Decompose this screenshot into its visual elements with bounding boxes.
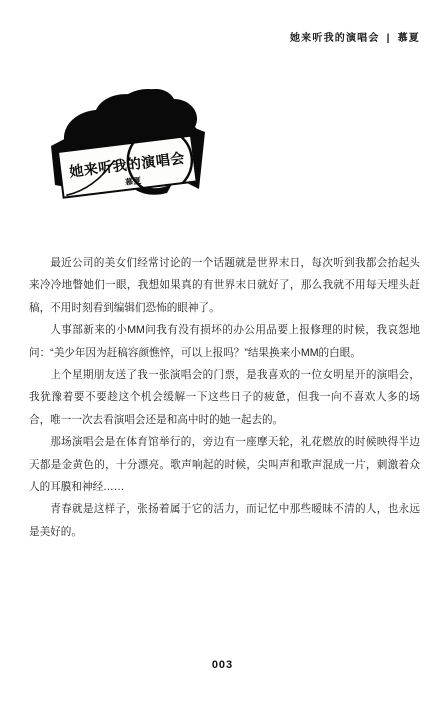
running-header: 她来听我的演唱会|慕夏 (290, 29, 420, 44)
running-header-chapter-title: 她来听我的演唱会 (290, 33, 380, 44)
title-card-illustration-svg: 她来听我的演唱会 慕夏 (48, 88, 218, 203)
paragraph-1: 最近公司的美女们经常讨论的一个话题就是世界末日，每次听到我都会抬起头来冷冷地瞥她… (29, 252, 420, 319)
paragraph-2: 人事部新来的小MM问我有没有损坏的办公用品要上报修理的时候，我哀怨地问：“美少年… (29, 319, 420, 364)
body-text: 最近公司的美女们经常讨论的一个话题就是世界末日，每次听到我都会抬起头来冷冷地瞥她… (29, 252, 420, 543)
running-header-author: 慕夏 (398, 33, 420, 44)
paragraph-5: 青春就是这样子，张扬着属于它的活力，而记忆中那些暧昧不清的人，也永远是美好的。 (29, 498, 420, 543)
book-page: 她来听我的演唱会|慕夏 (0, 0, 445, 703)
illustration-card-author: 慕夏 (125, 175, 142, 187)
paragraph-4: 那场演唱会是在体育馆举行的，旁边有一座摩天轮，礼花燃放的时候映得半边天都是金黄色… (29, 431, 420, 498)
running-header-separator: | (387, 33, 391, 44)
paragraph-3: 上个星期朋友送了我一张演唱会的门票，是我喜欢的一位女明星开的演唱会，我犹豫着要不… (29, 364, 420, 431)
page-number: 003 (0, 659, 445, 671)
chapter-title-illustration: 她来听我的演唱会 慕夏 (48, 88, 218, 203)
